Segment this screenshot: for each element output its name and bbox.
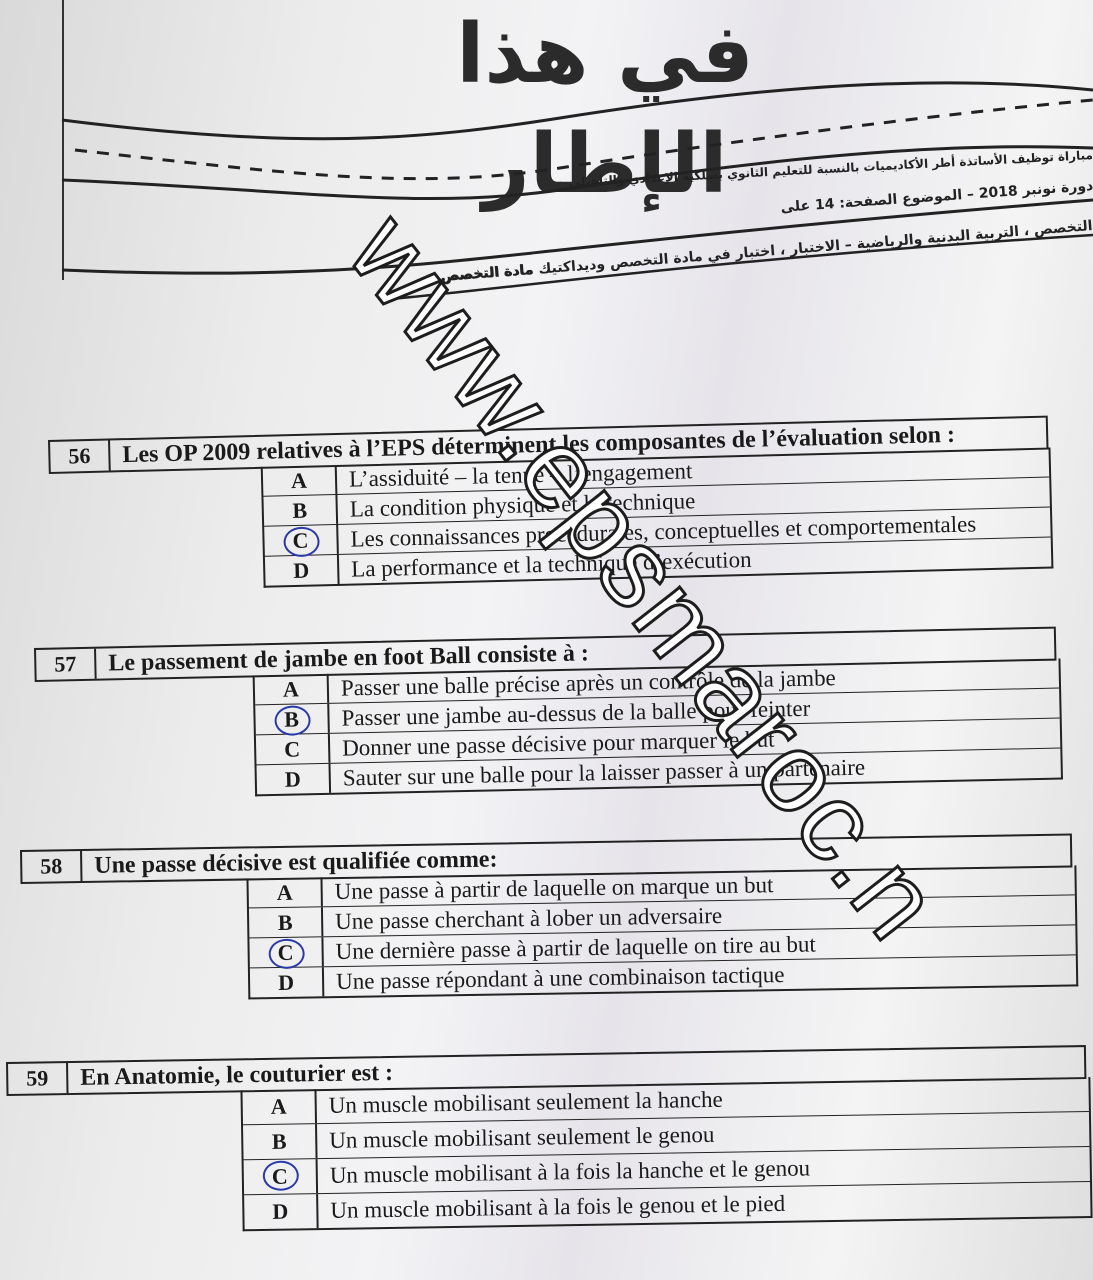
question-number: 56	[50, 440, 111, 471]
option-letter: D	[257, 764, 332, 795]
option-letter: A	[263, 465, 338, 496]
header-session-line: دورة نونبر 2018 – الموضوع الصفحة: 14 على	[780, 178, 1093, 216]
option-letter: B	[263, 495, 338, 526]
option-letter: C	[256, 734, 331, 765]
header-subject-line: التخصص ، التربية البدنية والرياضية – الا…	[441, 218, 1093, 285]
option-letter: B	[249, 907, 323, 937]
option-letter: D	[265, 555, 340, 586]
option-letter: A	[242, 1089, 317, 1124]
options-table: AUn muscle mobilisant seulement la hanch…	[240, 1077, 1092, 1231]
option-letter-circled: C	[264, 525, 339, 556]
question-59: 59 En Anatomie, le couturier est : AUn m…	[6, 1045, 1089, 1235]
option-letter: A	[255, 674, 330, 705]
question-57: 57 Le passement de jambe en foot Ball co…	[34, 627, 1059, 801]
option-letter-circled: B	[255, 704, 330, 735]
option-letter: A	[248, 877, 322, 907]
question-number: 59	[8, 1063, 68, 1094]
option-text: Une passe répondant à une combinaison ta…	[324, 960, 785, 996]
option-letter: B	[243, 1124, 318, 1159]
question-number: 58	[22, 851, 82, 882]
option-text: Un muscle mobilisant à la fois le genou …	[318, 1187, 785, 1228]
option-text: Un muscle mobilisant seulement le genou	[317, 1118, 715, 1158]
option-letter-circled: C	[244, 1159, 319, 1194]
question-number: 57	[36, 649, 97, 680]
option-letter: D	[250, 967, 324, 997]
exam-header: مباراة توظيف الأساتذة أطر الأكاديميات با…	[62, 170, 1093, 280]
option-text: Un muscle mobilisant seulement la hanche	[316, 1083, 723, 1123]
option-letter-circled: C	[249, 937, 323, 967]
option-letter: D	[244, 1194, 319, 1229]
